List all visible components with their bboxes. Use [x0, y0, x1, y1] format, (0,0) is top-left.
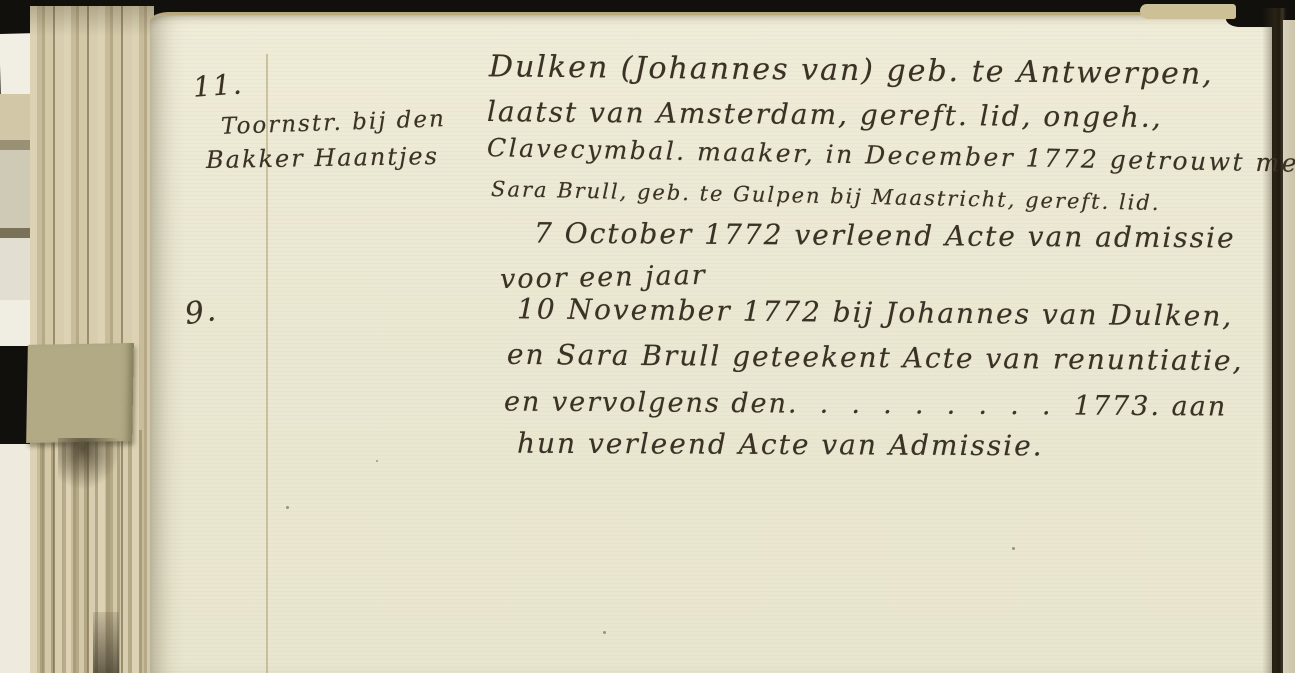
entry-line: 7 October 1772 verleend Acte van admissi… [534, 220, 1236, 253]
dust-speck [286, 506, 289, 509]
dust-speck [376, 460, 378, 462]
next-page-sliver [1283, 20, 1295, 673]
page-top-edge-highlight [1140, 4, 1236, 19]
margin-location-line-2: Bakker Haantjes [206, 144, 439, 172]
entry-line: 10 November 1772 bij Johannes van Dulken… [517, 295, 1234, 330]
margin-entry-number: 9. [183, 296, 219, 330]
manuscript-scan: 11. Toornstr. bij den Bakker Haantjes 9.… [0, 0, 1295, 673]
margin-entry-number: 11. [192, 70, 244, 101]
page-stack-block [0, 444, 34, 673]
entry-line: en vervolgens den. . . . . . . . . 1773.… [504, 388, 1227, 420]
vellum-tab-shadow [58, 438, 120, 490]
entry-line: voor een jaar [500, 262, 707, 293]
dust-speck [603, 631, 606, 634]
entry-line: en Sara Brull geteekent Acte van renunti… [507, 341, 1244, 375]
entry-line: Dulken (Johannes van) geb. te Antwerpen, [489, 52, 1214, 90]
dust-speck [1012, 547, 1015, 550]
entry-line: hun verleend Acte van Admissie. [517, 430, 1044, 461]
fore-edge-dark-streak [93, 612, 119, 673]
vellum-tab [26, 343, 134, 443]
entry-line: laatst van Amsterdam, gereft. lid, ongeh… [487, 98, 1163, 132]
